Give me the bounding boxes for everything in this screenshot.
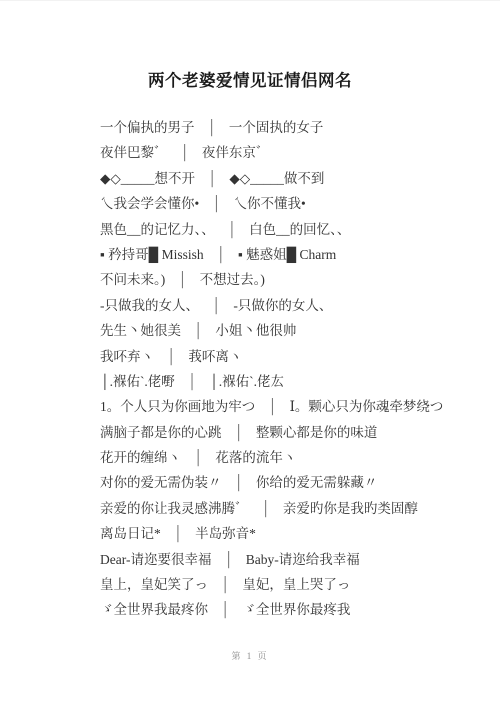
left-couple-name: 夜伴巴黎゛: [100, 145, 168, 160]
right-couple-name: Ⅰ。颗心只为你魂牵梦绕つ: [290, 399, 444, 414]
couple-name-line: 对你的爱无需伪装〃 │ 你给的爱无需躲藏〃: [100, 470, 500, 495]
separator-bar: │: [268, 394, 278, 421]
left-couple-name: 1。个人只为你画地为牢つ: [100, 399, 255, 414]
right-couple-name: Baby-请迩给我幸福: [246, 552, 360, 567]
document-title: 两个老婆爱情见证情侣网名: [0, 1, 500, 91]
right-couple-name: 夜伴东京゛: [202, 145, 270, 160]
separator-bar: │: [207, 165, 217, 192]
couple-name-line: 先生丶她很美 │ 小姐丶他很帅: [100, 318, 500, 343]
right-couple-name: 你给的爱无需躲藏〃: [256, 475, 378, 490]
right-couple-name: 小姐丶他很帅: [215, 323, 296, 338]
couple-name-line: 皇上，皇妃笑了っ │ 皇妃，皇上哭了っ: [100, 572, 500, 597]
left-couple-name: 满脑子都是你的心跳: [100, 425, 222, 440]
right-couple-name: 亲爱旳你是我旳类固醇: [283, 501, 418, 516]
right-couple-name: 莪吥离ヽ: [188, 349, 242, 364]
right-couple-name: │.褓佑`.佬厷: [209, 374, 284, 389]
left-couple-name: 离岛日记*: [100, 526, 161, 541]
page-number-label: 第 1 页: [231, 651, 268, 661]
right-couple-name: ▪ 魅惑姐█ Charm: [238, 247, 336, 262]
separator-bar: │: [227, 216, 237, 243]
left-couple-name: ▪ 矜持哥█ Missish: [100, 247, 204, 262]
right-couple-name: 半岛弥音*: [195, 526, 256, 541]
separator-bar: │: [234, 470, 244, 497]
separator-bar: │: [234, 419, 244, 446]
separator-bar: │: [220, 571, 230, 598]
couple-name-line: 亲爱的你让我灵感沸腾゛ │ 亲爱旳你是我旳类固醇: [100, 496, 500, 521]
couple-name-line: │.褓佑`.佬嘢 │ │.褓佑`.佬厷: [100, 369, 500, 394]
left-couple-name: ◆◇_____想不开: [100, 171, 195, 186]
couple-name-line: 满脑子都是你的心跳 │ 整颗心都是你的味道: [100, 420, 500, 445]
couple-name-line: 离岛日记* │ 半岛弥音*: [100, 521, 500, 546]
left-couple-name: 黑色__的记忆力、、: [100, 222, 215, 237]
couple-name-line: 1。个人只为你画地为牢つ │ Ⅰ。颗心只为你魂牵梦绕つ: [100, 394, 500, 419]
couple-name-line: 一个偏执的男子 │ 一个固执的女子: [100, 115, 500, 140]
couple-name-line: ◆◇_____想不开 │ ◆◇_____做不到: [100, 166, 500, 191]
left-couple-name: 乀我会学会懂你•: [100, 196, 199, 211]
document-page: 两个老婆爱情见证情侣网名 一个偏执的男子 │ 一个固执的女子 夜伴巴黎゛ │ 夜…: [0, 0, 500, 708]
separator-bar: │: [180, 140, 190, 167]
couple-name-line: -只做我的女人、 │ -只做你的女人、: [100, 293, 500, 318]
separator-bar: │: [261, 495, 271, 522]
separator-bar: │: [224, 546, 234, 573]
left-couple-name: ゞ全世界我最疼你: [100, 602, 208, 617]
right-couple-name: 白色__的回忆、、: [249, 222, 350, 237]
couple-name-line: ▪ 矜持哥█ Missish │ ▪ 魅惑姐█ Charm: [100, 242, 500, 267]
left-couple-name: 我吥弃ヽ: [100, 349, 154, 364]
separator-bar: │: [212, 191, 222, 218]
couple-name-line: 花开的缠绵ヽ │ 花落的流年ヽ: [100, 445, 500, 470]
right-couple-name: ゞ全世界你最疼我: [242, 602, 350, 617]
right-couple-name: -只做你的女人、: [233, 298, 332, 313]
left-couple-name: 不问未来。): [100, 272, 165, 287]
right-couple-name: 乀你不懂我•: [234, 196, 306, 211]
right-couple-name: ◆◇_____做不到: [229, 171, 324, 186]
separator-bar: │: [173, 521, 183, 548]
couple-name-line: 不问未来。) │ 不想过去。): [100, 267, 500, 292]
right-couple-name: 整颗心都是你的味道: [256, 425, 378, 440]
left-couple-name: 先生丶她很美: [100, 323, 181, 338]
page-footer: 第 1 页: [0, 649, 500, 662]
right-couple-name: 一个固执的女子: [229, 120, 324, 135]
separator-bar: │: [178, 267, 188, 294]
couple-name-line: 黑色__的记忆力、、 │ 白色__的回忆、、: [100, 217, 500, 242]
couple-name-line: Dear-请迩要很幸福 │ Baby-请迩给我幸福: [100, 547, 500, 572]
left-couple-name: 皇上，皇妃笑了っ: [100, 577, 208, 592]
couple-name-list: 一个偏执的男子 │ 一个固执的女子 夜伴巴黎゛ │ 夜伴东京゛ ◆◇_____想…: [0, 115, 500, 623]
couple-name-line: 我吥弃ヽ │ 莪吥离ヽ: [100, 344, 500, 369]
right-couple-name: 皇妃，皇上哭了っ: [242, 577, 350, 592]
right-couple-name: 不想过去。): [200, 272, 265, 287]
couple-name-line: 乀我会学会懂你• │ 乀你不懂我•: [100, 191, 500, 216]
separator-bar: │: [187, 368, 197, 395]
separator-bar: │: [193, 444, 203, 471]
separator-bar: │: [216, 241, 226, 268]
left-couple-name: 亲爱的你让我灵感沸腾゛: [100, 501, 249, 516]
right-couple-name: 花落的流年ヽ: [215, 450, 296, 465]
couple-name-line: ゞ全世界我最疼你 │ ゞ全世界你最疼我: [100, 597, 500, 622]
left-couple-name: 对你的爱无需伪装〃: [100, 475, 222, 490]
left-couple-name: 花开的缠绵ヽ: [100, 450, 181, 465]
separator-bar: │: [207, 114, 217, 141]
left-couple-name: │.褓佑`.佬嘢: [100, 374, 175, 389]
separator-bar: │: [166, 343, 176, 370]
left-couple-name: Dear-请迩要很幸福: [100, 552, 211, 567]
separator-bar: │: [193, 317, 203, 344]
left-couple-name: -只做我的女人、: [100, 298, 199, 313]
separator-bar: │: [220, 597, 230, 624]
couple-name-line: 夜伴巴黎゛ │ 夜伴东京゛: [100, 140, 500, 165]
left-couple-name: 一个偏执的男子: [100, 120, 195, 135]
separator-bar: │: [211, 292, 221, 319]
